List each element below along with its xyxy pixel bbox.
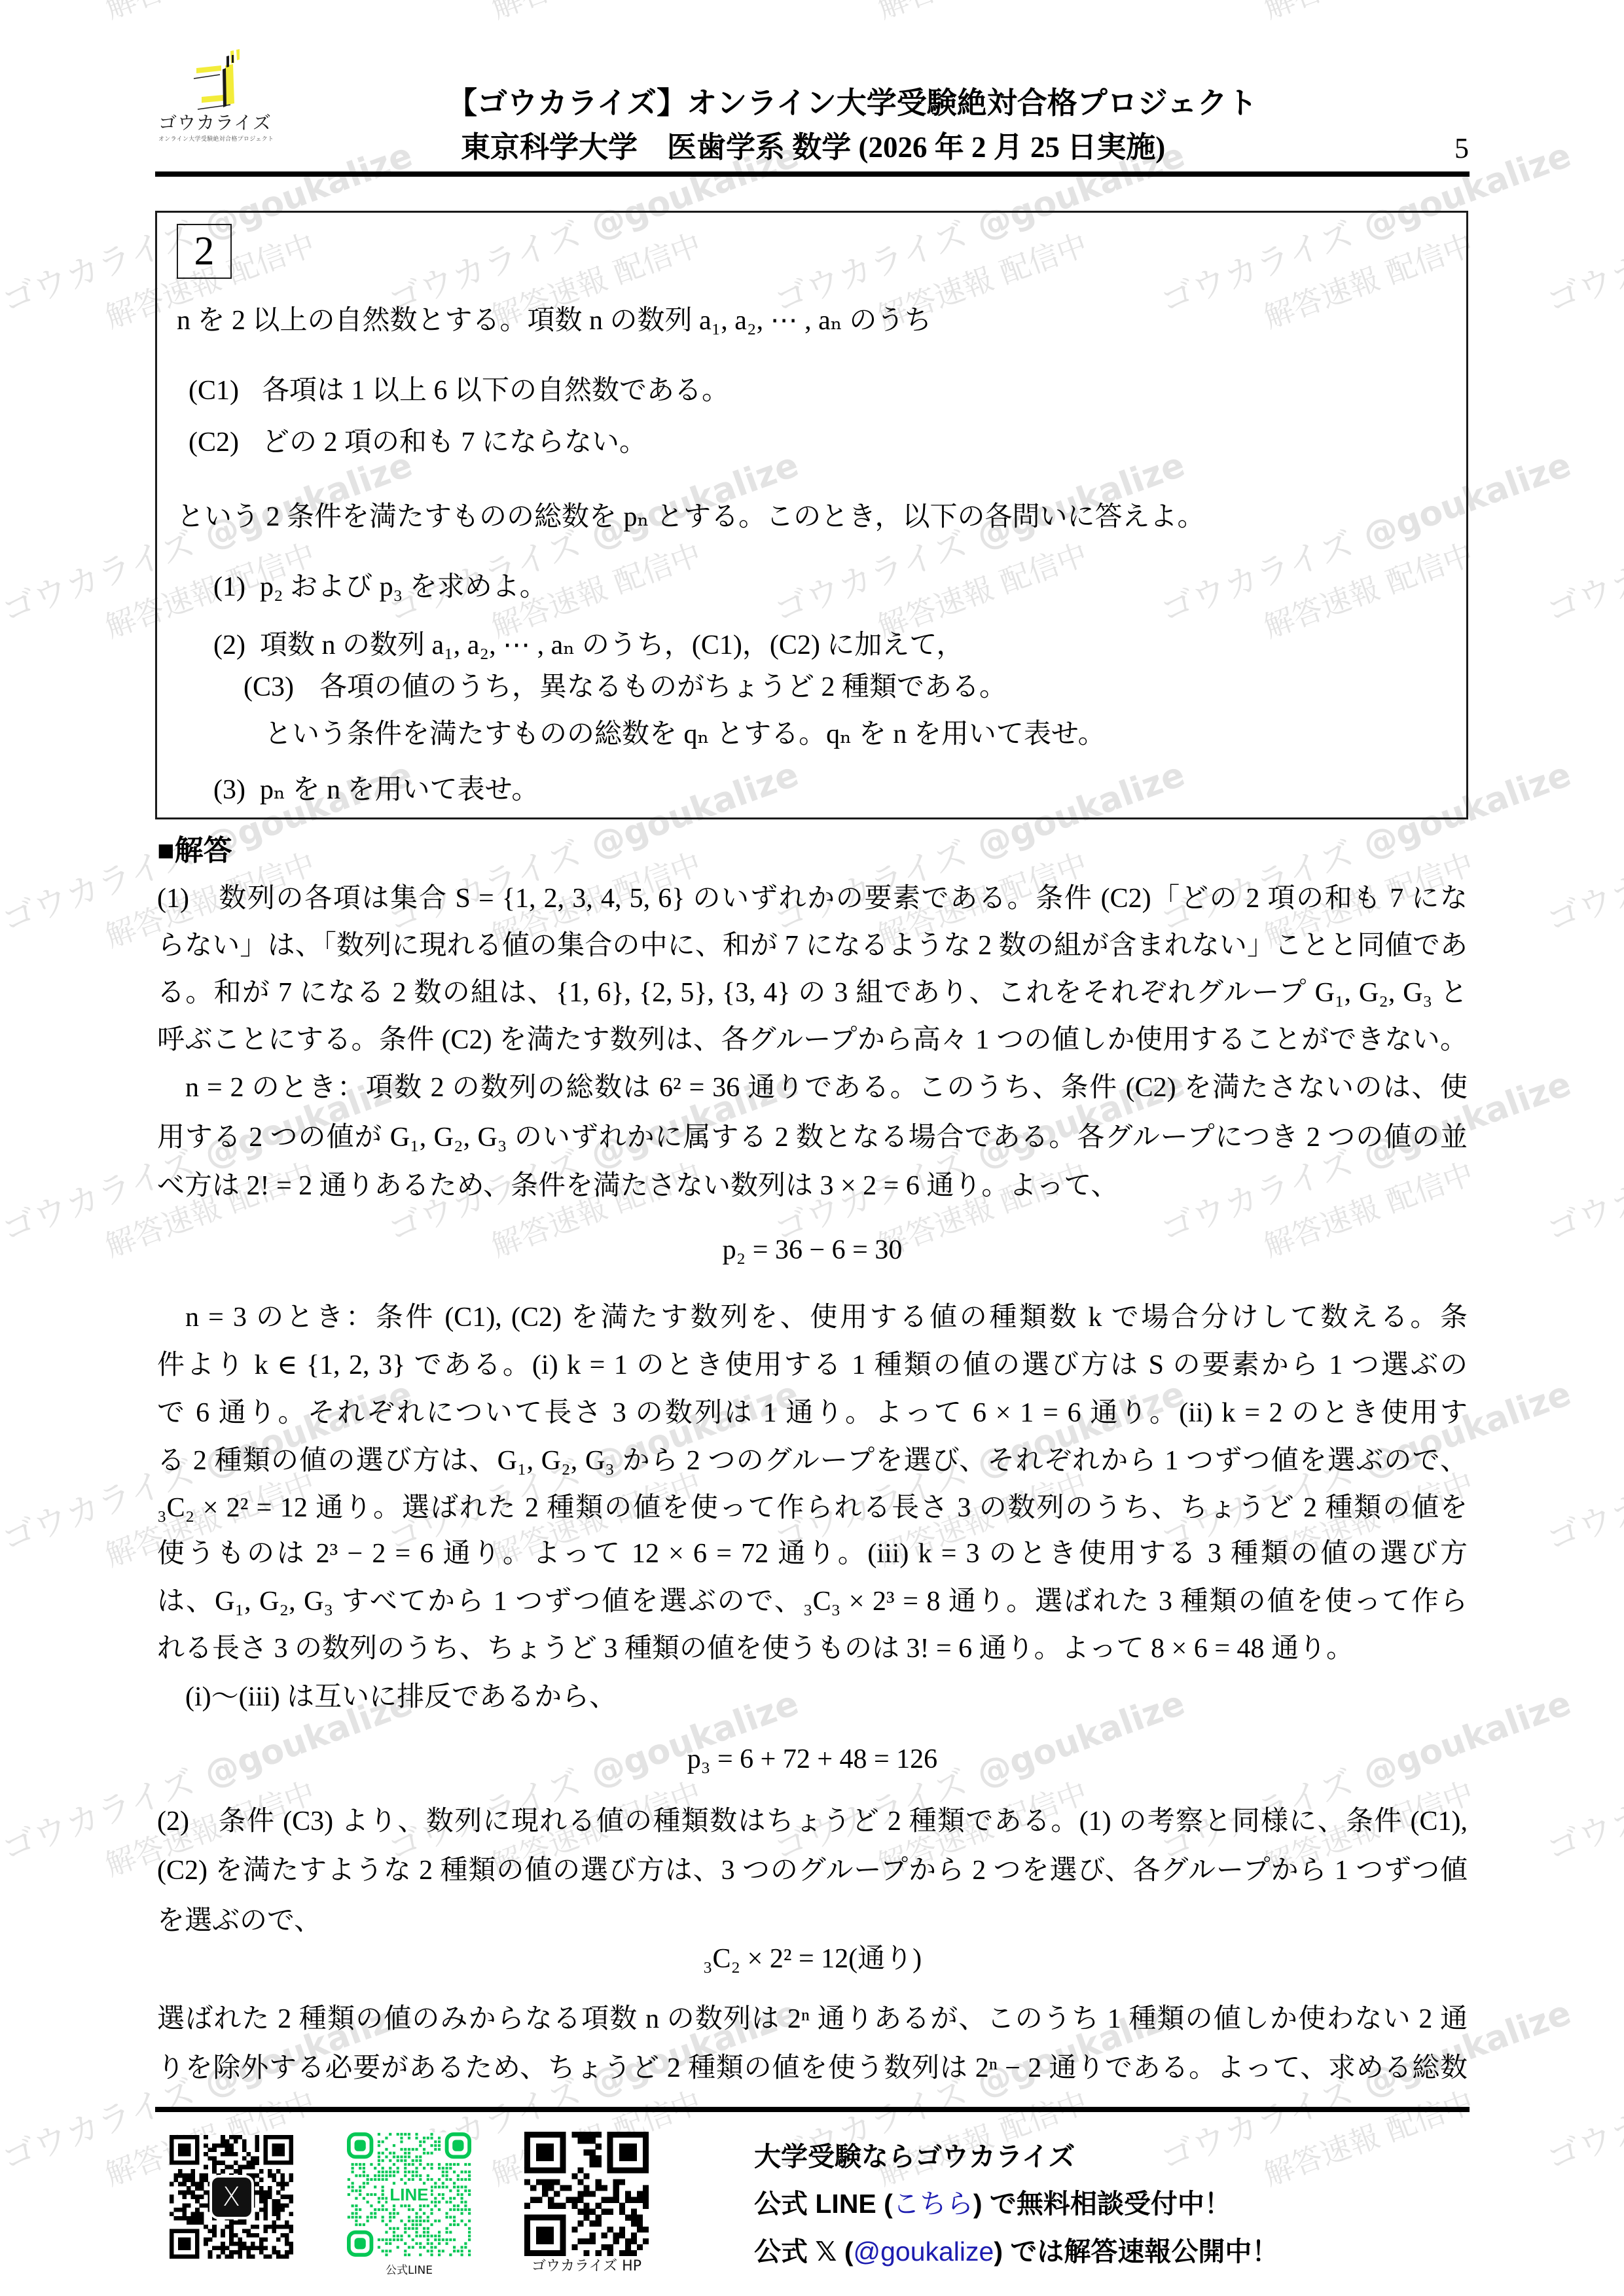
condition-c2: (C2)どの 2 項の和も 7 にならない。: [189, 422, 647, 463]
promo-line-3: 公式 𝕏 (@goukalize) では解答速報公開中！: [754, 2232, 1278, 2271]
solution-line: べ方は 2! = 2 通りあるため、条件を満たさない数列は 3 × 2 = 6 …: [157, 1165, 1119, 1207]
solution-line: を選ぶので、: [157, 1900, 321, 1942]
solution-line: 呼ぶことにする。条件 (C2) を満たす数列は、各グループから高々 1 つの値し…: [157, 1019, 1468, 1061]
question-2: (2)項数 n の数列 a₁, a₂, ⋯ , aₙ のうち，(C1)，(C2)…: [213, 624, 964, 666]
goukalize-logo-mark-icon: [189, 48, 245, 111]
x-logo-icon: X: [209, 2175, 254, 2219]
condition-c3: (C3)各項の値のうち，異なるものがちょうど 2 種類である。: [244, 666, 1007, 708]
solution-line: (C2) を満たすような 2 種類の値の選び方は、3 つのグループから 2 つを…: [157, 1850, 1468, 1892]
condition-label: (C3): [244, 666, 319, 708]
question-2-continuation: という条件を満たすものの総数を qₙ とする。qₙ を n を用いて表せ。: [264, 713, 1106, 755]
solution-line: (2) 条件 (C3) より、数列に現れる値の種類数はちょうど 2 種類である。…: [157, 1801, 1468, 1842]
page-content: ゴウカライズ オンライン大学受験絶対合格プロジェクト 【ゴウカライズ】オンライン…: [0, 0, 1624, 2296]
line-qr-label: 公式LINE: [367, 2263, 452, 2278]
line-logo-text: LINE: [388, 2185, 431, 2204]
solution-line: る 2 種類の値の選び方は、G₁, G₂, G₃ から 2 つのグループを選び、…: [157, 1440, 1468, 1482]
solution-line: (i)〜(iii) は互いに排反であるから、: [185, 1676, 617, 1718]
question-1: (1)p₂ および p₃ を求めよ。: [213, 566, 547, 608]
solution-line: n = 2 のとき：項数 2 の数列の総数は 6² = 36 通りである。このう…: [185, 1067, 1468, 1109]
promo-line-2: 公式 LINE (こちら) で無料相談受付中！: [754, 2184, 1231, 2223]
x-account-link[interactable]: @goukalize: [853, 2236, 994, 2267]
x-qr-code: X: [170, 2135, 293, 2259]
problem-number: 2: [177, 224, 232, 279]
solution-line: ₃C₂ × 2² = 12 通り。選ばれた 2 種類の値を使って作られる長さ 3…: [157, 1487, 1468, 1529]
promo-text: ) で無料相談受付中！: [973, 2189, 1231, 2219]
question-label: (1): [213, 566, 260, 608]
promo-text: ) では解答速報公開中！: [994, 2236, 1278, 2267]
line-link[interactable]: こちら: [893, 2189, 973, 2219]
header-title: 【ゴウカライズ】オンライン大学受験絶対合格プロジェクト: [447, 87, 1257, 118]
solution-line: 件より k ∈ {1, 2, 3} である。(i) k = 1 のとき使用する …: [157, 1344, 1468, 1386]
condition-text: 各項の値のうち，異なるものがちょうど 2 種類である。: [319, 672, 1007, 702]
solution-line: で 6 通り。それぞれについて長さ 3 の数列は 1 通り。よって 6 × 1 …: [157, 1392, 1468, 1434]
document-page: ゴウカライズ@goukalize 解答速報 配信中 ゴウカライズ@goukali…: [0, 0, 1624, 2296]
solution-line: れる長さ 3 の数列のうち、ちょうど 3 種類の値を使うものは 3! = 6 通…: [157, 1628, 1354, 1670]
condition-label: (C2): [189, 422, 262, 463]
equation-p3: p₃ = 6 + 72 + 48 = 126: [157, 1738, 1468, 1780]
qr-modules: [524, 2132, 649, 2256]
header-rule: [155, 171, 1470, 177]
promo-line-1: 大学受験ならゴウカライズ: [754, 2137, 1075, 2176]
footer-rule: [155, 2107, 1470, 2112]
solution-line: 選ばれた 2 種類の値のみからなる項数 n の数列は 2ⁿ 通りあるが、このうち…: [157, 1998, 1468, 2040]
page-number: 5: [1454, 133, 1469, 164]
homepage-qr-label: ゴウカライズ HP: [521, 2258, 652, 2275]
solution-line: 使うものは 2³ − 2 = 6 通り。よって 12 × 6 = 72 通り。(…: [157, 1533, 1468, 1575]
solution-line: 用する 2 つの値が G₁, G₂, G₃ のいずれかに属する 2 数となる場合…: [157, 1117, 1468, 1158]
solution-line: は、G₁, G₂, G₃ すべてから 1 つずつ値を選ぶので、₃C₃ × 2³ …: [157, 1581, 1468, 1623]
condition-c1: (C1)各項は 1 以上 6 以下の自然数である。: [189, 370, 729, 412]
question-text: 項数 n の数列 a₁, a₂, ⋯ , aₙ のうち，(C1)，(C2) に加…: [260, 630, 964, 660]
homepage-qr-code: [524, 2132, 649, 2256]
solution-heading: ■解答: [157, 830, 232, 872]
equation-p2: p₂ = 36 − 6 = 30: [157, 1229, 1468, 1271]
question-text: p₂ および p₃ を求めよ。: [260, 572, 547, 602]
question-label: (2): [213, 624, 260, 666]
solution-line: n = 3 のとき：条件 (C1), (C2) を満たす数列を、使用する値の種類…: [185, 1297, 1468, 1338]
problem-box: 2 n を 2 以上の自然数とする。項数 n の数列 a₁, a₂, ⋯ , a…: [155, 211, 1468, 819]
solution-line: らない」は、「数列に現れる値の集合の中に、和が 7 になるような 2 数の組が含…: [157, 925, 1468, 967]
promo-text: 公式 𝕏 (: [754, 2236, 853, 2267]
problem-statement: という 2 条件を満たすものの総数を pₙ とする。このとき，以下の各問いに答え…: [177, 496, 1205, 538]
equation-combination: ₃C₂ × 2² = 12(通り): [157, 1938, 1468, 1980]
logo-name: ゴウカライズ: [158, 113, 272, 134]
line-qr-code: LINE: [347, 2132, 471, 2257]
logo-tagline: オンライン大学受験絶対合格プロジェクト: [158, 136, 274, 143]
question-label: (3): [213, 769, 260, 811]
solution-line: りを除外する必要があるため、ちょうど 2 種類の値を使う数列は 2ⁿ − 2 通…: [157, 2047, 1468, 2089]
solution-line: る。和が 7 になる 2 数の組は、{1, 6}, {2, 5}, {3, 4}…: [157, 972, 1468, 1014]
solution-line: (1) 数列の各項は集合 S = {1, 2, 3, 4, 5, 6} のいずれ…: [157, 878, 1468, 920]
question-text: pₙ を n を用いて表せ。: [260, 775, 539, 805]
promo-text: 公式 LINE (: [754, 2189, 893, 2219]
header-subtitle: 東京科学大学 医歯学系 数学 (2026 年 2 月 25 日実施): [461, 132, 1165, 163]
question-3: (3)pₙ を n を用いて表せ。: [213, 769, 539, 811]
condition-text: 各項は 1 以上 6 以下の自然数である。: [262, 376, 729, 406]
condition-text: どの 2 項の和も 7 にならない。: [262, 427, 647, 457]
problem-intro: n を 2 以上の自然数とする。項数 n の数列 a₁, a₂, ⋯ , aₙ …: [177, 300, 931, 342]
condition-label: (C1): [189, 370, 262, 412]
